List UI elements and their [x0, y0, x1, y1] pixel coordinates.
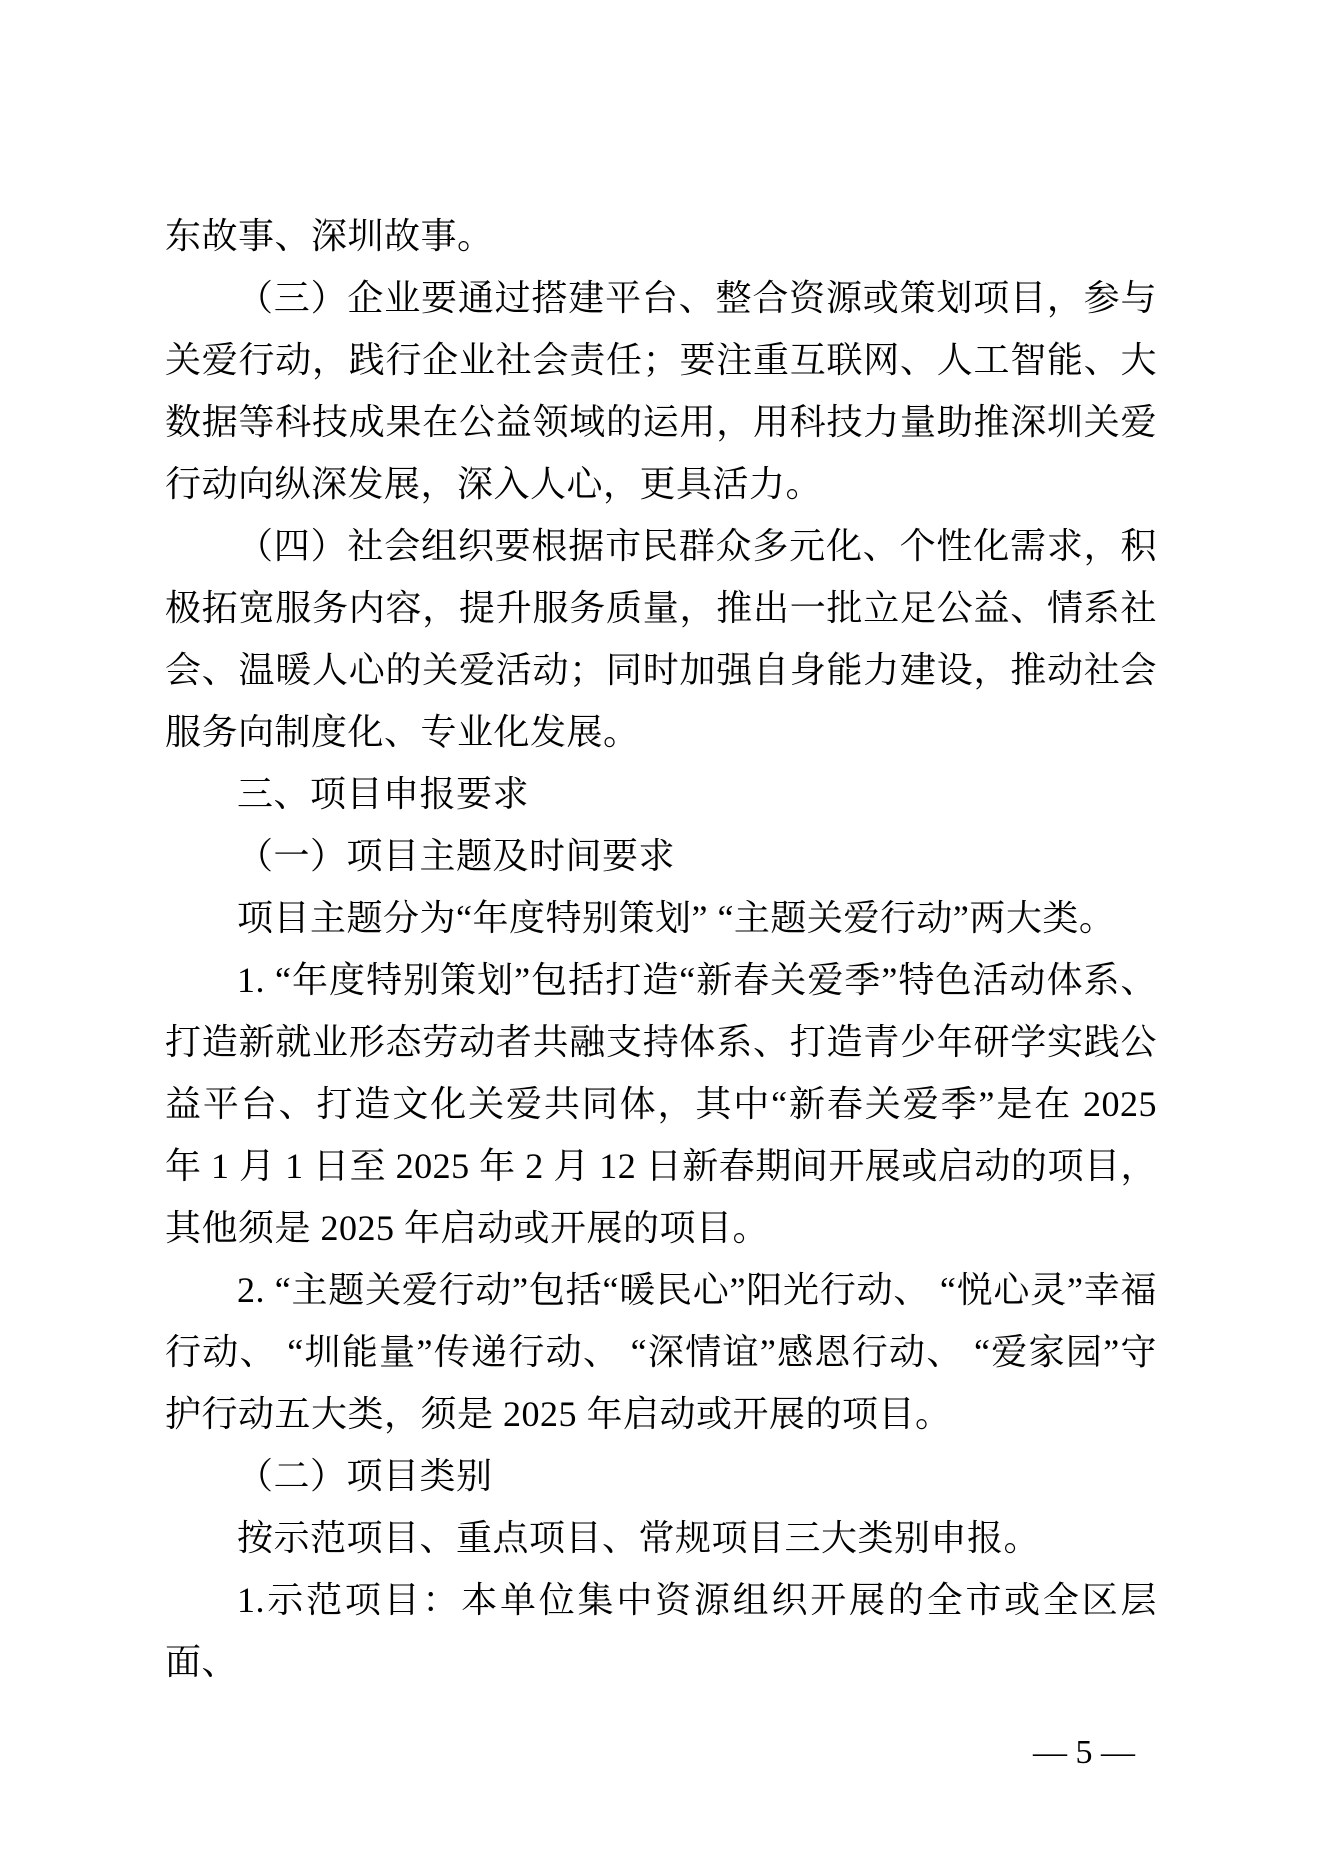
document-body: 东故事、深圳故事。 （三）企业要通过搭建平台、整合资源或策划项目，参与关爱行动，…: [165, 205, 1157, 1693]
paragraph-category-intro: 按示范项目、重点项目、常规项目三大类别申报。: [165, 1507, 1157, 1569]
paragraph-item-3: （三）企业要通过搭建平台、整合资源或策划项目，参与关爱行动，践行企业社会责任；要…: [165, 267, 1157, 515]
document-page: 东故事、深圳故事。 （三）企业要通过搭建平台、整合资源或策划项目，参与关爱行动，…: [0, 0, 1323, 1871]
paragraph-theme-item-1: 1. “年度特别策划”包括打造“新春关爱季”特色活动体系、打造新就业形态劳动者共…: [165, 949, 1157, 1259]
paragraph-item-4: （四）社会组织要根据市民群众多元化、个性化需求，积极拓宽服务内容，提升服务质量，…: [165, 515, 1157, 763]
paragraph-category-item-1: 1.示范项目：本单位集中资源组织开展的全市或全区层面、: [165, 1569, 1157, 1693]
paragraph-continuation: 东故事、深圳故事。: [165, 205, 1157, 267]
subsection-heading-2: （二）项目类别: [165, 1445, 1157, 1507]
paragraph-theme-item-2: 2. “主题关爱行动”包括“暖民心”阳光行动、 “悦心灵”幸福行动、 “圳能量”…: [165, 1259, 1157, 1445]
paragraph-theme-intro: 项目主题分为“年度特别策划” “主题关爱行动”两大类。: [165, 887, 1157, 949]
subsection-heading-1: （一）项目主题及时间要求: [165, 825, 1157, 887]
section-heading: 三、项目申报要求: [165, 763, 1157, 825]
page-number: — 5 —: [1033, 1733, 1135, 1773]
